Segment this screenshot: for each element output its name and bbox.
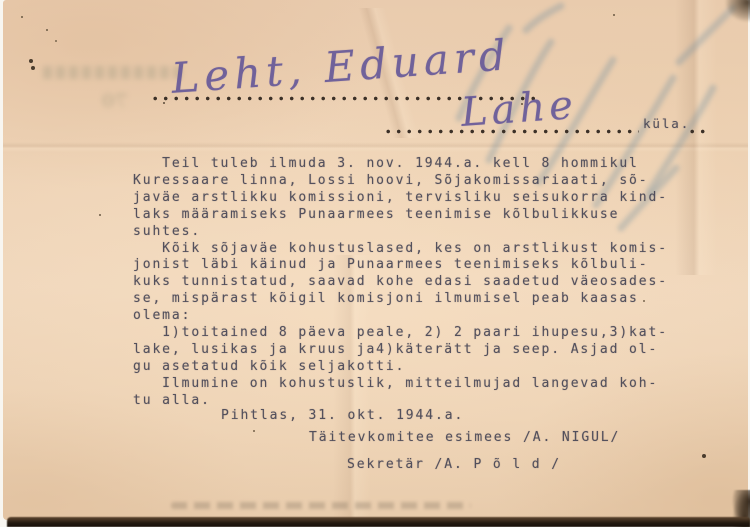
handwritten-village: Lahe [460, 82, 579, 136]
body-line: jonist läbi käinud ja Punaarmees teenimi… [133, 257, 668, 274]
village-suffix-label: küla. [643, 116, 690, 131]
date-place-line: Pihtlas, 31. okt. 1944.a. [221, 408, 464, 423]
paper-specks [3, 0, 5, 2]
body-text: Teil tuleb ilmuda 3. nov. 1944.a. kell 8… [133, 156, 668, 410]
bleedthrough-word-smudge [40, 66, 182, 79]
signature-secretary: Sekretär /A. P õ l d / [347, 457, 561, 472]
body-line: Kõik sõjaväe kohustuslased, kes on arstl… [133, 241, 668, 258]
signature-chairman: Täitevkomitee esimees /A. NIGUL/ [309, 430, 620, 445]
body-line: Kuressaare linna, Lossi hoovi, Sõjakomis… [133, 173, 668, 190]
body-line: javäe arstlikku komissioni, tervisliku s… [133, 190, 668, 207]
body-line: Ilmumine on kohustuslik, mitteilmujad la… [133, 376, 668, 393]
bleedthrough-number: 70 [102, 90, 128, 112]
ink-blot-top-right [725, 0, 750, 22]
bleedthrough-bottom-line [171, 502, 471, 509]
body-line: gu asetatud kõik seljakotti. [133, 359, 668, 376]
body-line: kuks tunnistatud, saavad kohe edasi saad… [133, 274, 668, 291]
body-line: 1)toitained 8 päeva peale, 2) 2 paari ih… [133, 325, 668, 342]
body-line: Teil tuleb ilmuda 3. nov. 1944.a. kell 8… [133, 156, 668, 173]
paper-sheet: 70 Leht, Eduard Lahe küla. Teil tuleb il… [3, 0, 748, 520]
bleedthrough-print: 70 [25, 62, 190, 124]
body-line: suhtes. [133, 224, 668, 241]
bottom-edge-shadow [7, 517, 750, 527]
fill-in-line-tail [690, 129, 706, 134]
body-line: laks määramiseks Punaarmees teenimise kõ… [133, 207, 668, 224]
document-photo: 70 Leht, Eduard Lahe küla. Teil tuleb il… [0, 0, 750, 527]
vertical-crease-right [675, 0, 717, 275]
body-line: olema: [133, 308, 668, 325]
body-line: se, mispärast kõigil komisjoni ilmumisel… [133, 291, 668, 308]
body-line: lake, lusikas ja kruus ja4)käterätt ja s… [133, 342, 668, 359]
horizontal-crease [3, 142, 748, 152]
fill-in-line-village [386, 129, 639, 134]
